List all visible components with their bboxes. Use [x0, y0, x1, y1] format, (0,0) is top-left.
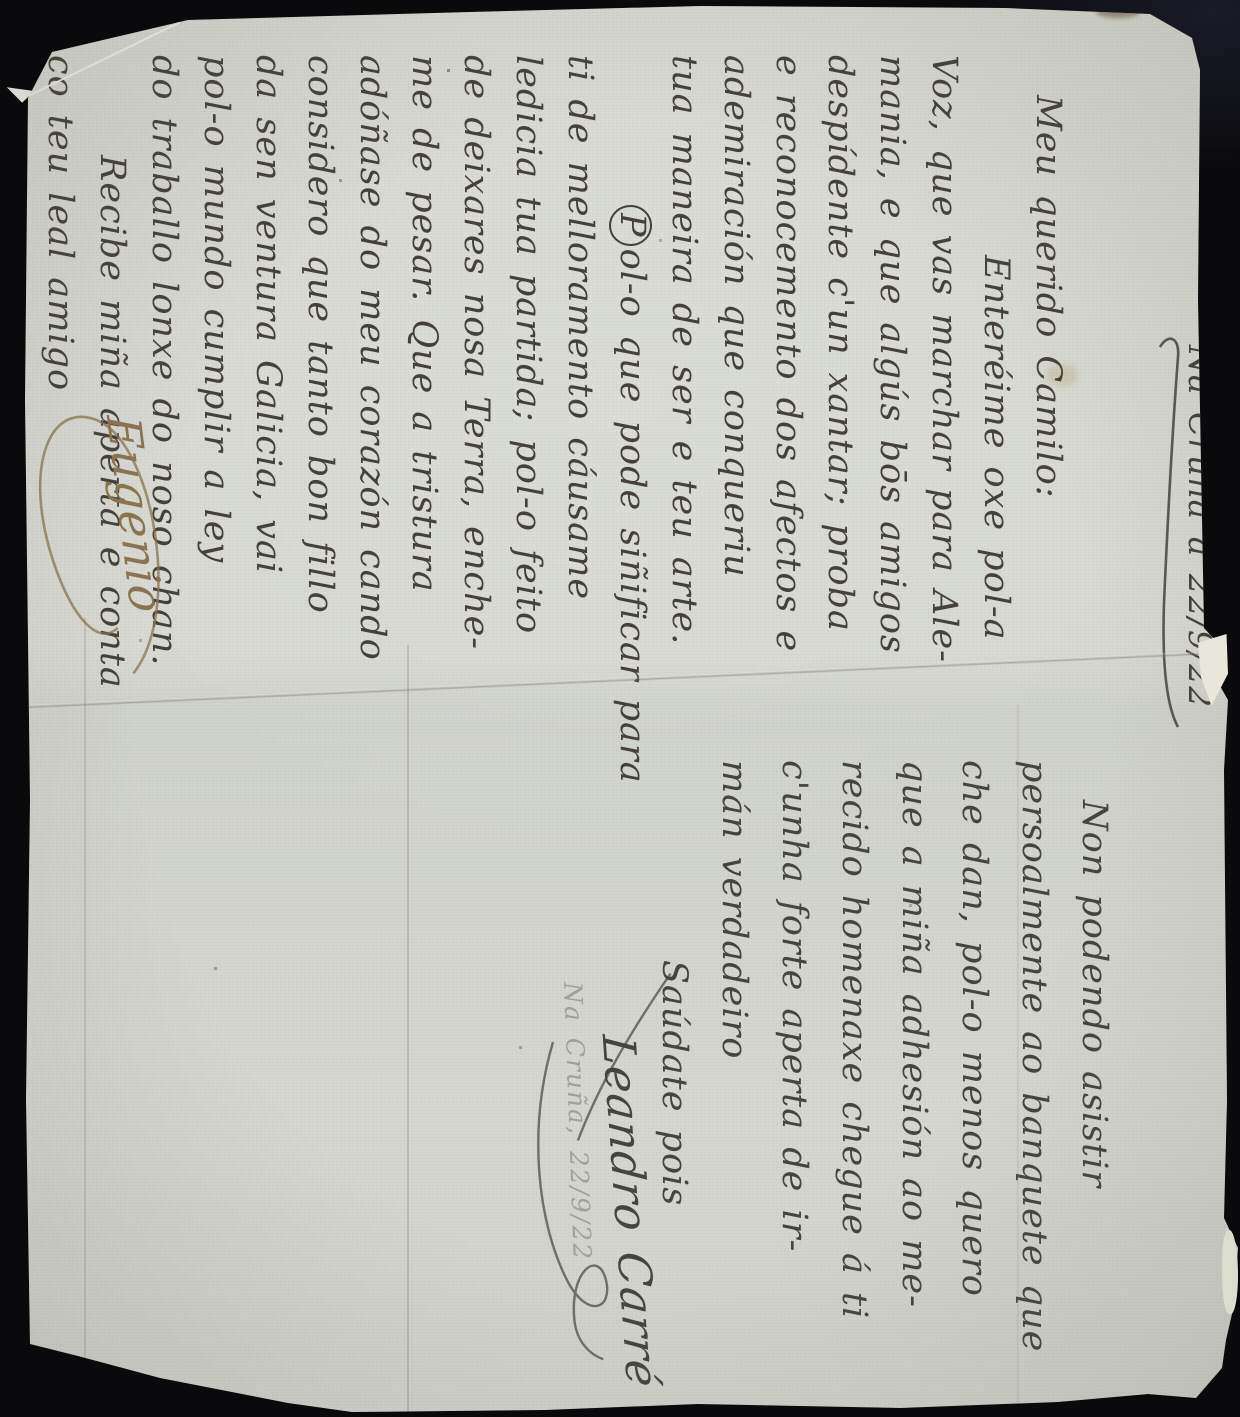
handwritten-line: pol-o mundo cumplir a ley: [190, 55, 242, 700]
handwritten-line: tua maneira de ser e teu arte.: [658, 55, 710, 700]
torn-edge-flap-lower: [1222, 1230, 1238, 1314]
pencil-annotation: Na Cruña, 22/9/22: [558, 982, 597, 1262]
handwritten-line: Non podendo asistir: [1064, 800, 1124, 1387]
handwritten-line: Voz, que vas marchar para Ale-: [918, 55, 970, 700]
handwritten-line: da sen ventura Galicia, vai: [242, 55, 294, 700]
handwritten-line: ledicia tua partida; pol-o feito: [502, 55, 554, 700]
handwritten-line: ademiración que conqueriu: [710, 55, 762, 700]
letter-page-2: Non podendo asistirpersoalmente ao banqu…: [0, 700, 1240, 1417]
handwritten-line: adóñase do meu corazón cando: [346, 55, 398, 700]
handwritten-line: de deixares nosa Terra, enche-: [450, 55, 502, 700]
handwritten-line: persoalmente ao banquete que: [1004, 760, 1064, 1387]
handwritten-line: Meu querido Camilo:: [1022, 95, 1074, 700]
edge-smudge: [1096, 6, 1140, 18]
fold-crease-vertical: [407, 645, 409, 1415]
handwritten-line: Pol-o que pode siñificar para: [606, 205, 658, 700]
letter-paper: Na Cruña á 22/9/22 Meu querido Camilo:En…: [0, 0, 1240, 1417]
circled-initial: P: [609, 205, 652, 246]
letter-scan-photo: Na Cruña á 22/9/22 Meu querido Camilo:En…: [0, 0, 1240, 1417]
handwritten-line: Enteréime oxe pol-a: [970, 255, 1022, 700]
edge-notch: [141, 12, 160, 28]
handwritten-line: considero que tanto bon fillo: [294, 55, 346, 700]
letter-page-1: Na Cruña á 22/9/22 Meu querido Camilo:En…: [0, 0, 1240, 700]
handwritten-line: co teu leal amigo: [34, 55, 86, 700]
handwritten-line: que a miña adhesión ao me-: [884, 760, 944, 1387]
page1-lines: Meu querido Camilo:Enteréime oxe pol-aVo…: [34, 55, 1074, 700]
page2-lines: Non podendo asistirpersoalmente ao banqu…: [644, 760, 1124, 1387]
handwritten-line: recido homenaxe chegue á ti: [824, 760, 884, 1387]
handwritten-line: mania, e que algús bōs amigos: [866, 55, 918, 700]
handwritten-line: despídente c'un xantar; proba: [814, 55, 866, 700]
handwritten-line: me de pesar. Que a tristura: [398, 55, 450, 700]
fold-crease-vertical-left: [84, 618, 86, 1363]
handwritten-line: ti de melloramento cáusame: [554, 55, 606, 700]
paper-specks: [0, 0, 1, 1]
handwritten-line: mán verdadeiro: [704, 760, 764, 1387]
handwritten-line: c'unha forte aperta de ir-: [764, 760, 824, 1387]
date-underline-flourish: [1156, 333, 1186, 733]
handwritten-line: e reconocemento dos afectos e: [762, 55, 814, 700]
fold-crease-vertical-right: [1017, 705, 1019, 1405]
handwritten-line: che dan, pol-o menos quero: [944, 760, 1004, 1387]
letter-sheet-rotated: Na Cruña á 22/9/22 Meu querido Camilo:En…: [0, 0, 1240, 1417]
